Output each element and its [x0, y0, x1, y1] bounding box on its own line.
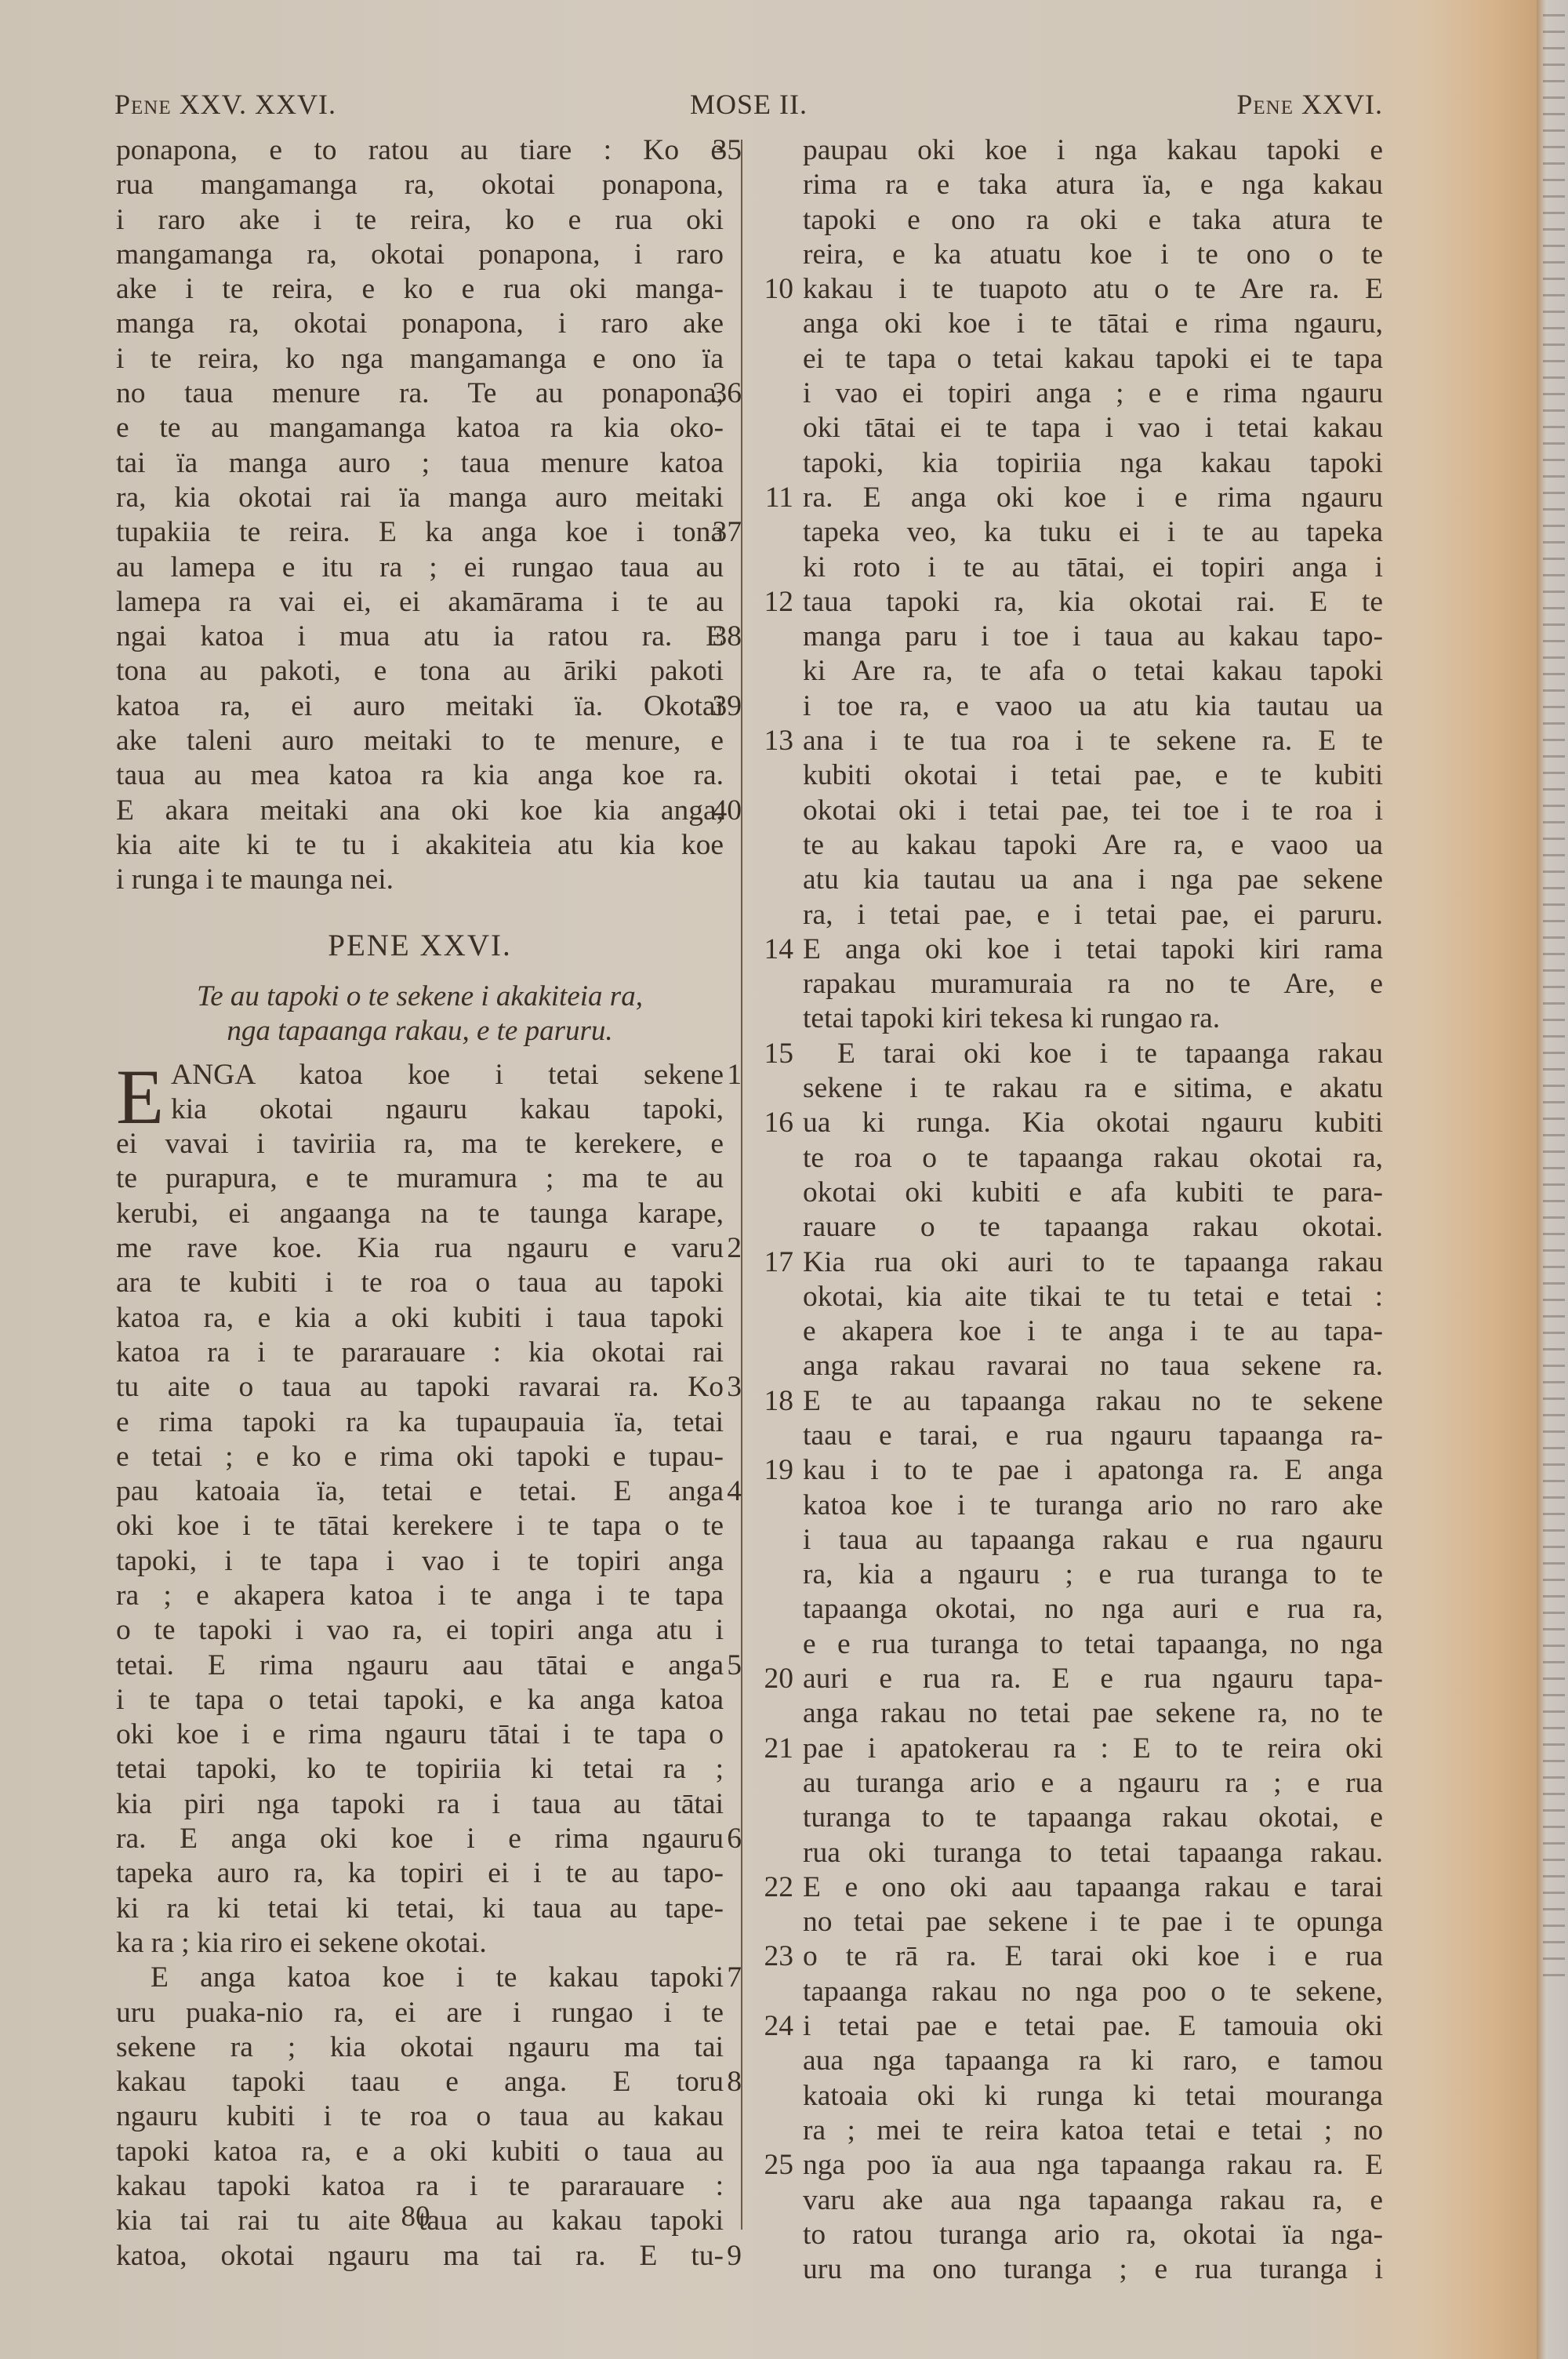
text-line: E e ono oki aau tapaanga rakau e tarai22: [753, 1870, 1380, 1905]
text-line: katoa, okotai ngauru ma tai ra. E tu-9: [116, 2239, 728, 2274]
text-line: no taua menure ra. Te au ponapona,36: [116, 376, 728, 411]
ghost-text-line: [1543, 1826, 1565, 1828]
ghost-text-line: [1543, 887, 1565, 889]
text-line: taau e tarai, e rua ngauru tapaanga ra-: [753, 1419, 1380, 1453]
line-text: ki ra ki tetai ki tetai, ki taua au tape…: [116, 1892, 724, 1926]
text-line: uru puaka-nio ra, ei are i rungao i te: [116, 1996, 728, 2030]
ghost-text-line: [1543, 936, 1565, 939]
text-line: katoa ra i te pararauare : kia okotai ra…: [116, 1336, 728, 1370]
line-text: tapeka auro ra, ka topiri ei i te au tap…: [116, 1856, 724, 1891]
text-line: ua ki runga. Kia okotai ngauru kubiti16: [753, 1106, 1380, 1140]
line-text: tapoki e ono ra oki e taka atura te: [803, 203, 1383, 238]
line-text: ei vavai i taviriia ra, ma te kerekere, …: [116, 1127, 724, 1161]
ghost-text-line: [1543, 14, 1565, 16]
text-line: ana i te tua roa i te sekene ra. E te13: [753, 724, 1380, 758]
line-text: atu kia tautau ua ana i nga pae sekene: [803, 863, 1383, 897]
line-text: taua au mea katoa ra kia anga koe ra.: [116, 758, 724, 793]
line-text: sekene ra ; kia okotai ngauru ma tai: [116, 2030, 724, 2065]
line-text: lamepa ra vai ei, ei akamārama i te au: [116, 585, 724, 620]
ghost-text-line: [1543, 1859, 1565, 1861]
text-line: tapeka veo, ka tuku ei i te au tapeka: [753, 515, 1380, 550]
line-text: i raro ake i te reira, ko e rua oki: [116, 203, 724, 238]
line-text: i te tapa o tetai tapoki, e ka anga kato…: [116, 1683, 724, 1717]
line-text: i tetai pae e tetai pae. E tamouia oki: [803, 2009, 1383, 2044]
text-line: ANGA katoa koe i tetai sekene1: [116, 1058, 728, 1092]
ghost-text-line: [1543, 1365, 1565, 1367]
line-text: kia aite ki te tu i akakiteia atu kia ko…: [116, 828, 724, 863]
ghost-text-line: [1543, 1496, 1565, 1499]
text-line: ra, kia okotai rai ïa manga auro meitaki: [116, 481, 728, 515]
line-text: E e ono oki aau tapaanga rakau e tarai: [803, 1870, 1383, 1905]
ghost-text-line: [1543, 1052, 1565, 1054]
verse-number: 14: [753, 932, 793, 967]
left-column: ponapona, e to ratou au tiare : Ko e35ru…: [116, 133, 728, 2274]
ghost-text-line: [1543, 1167, 1565, 1169]
ghost-text-line: [1543, 805, 1565, 807]
text-line: E te au tapaanga rakau no te sekene18: [753, 1384, 1380, 1419]
verse-number: 11: [753, 481, 793, 515]
line-text: katoa ra, e kia a oki kubiti i taua tapo…: [116, 1301, 724, 1336]
text-line: te roa o te tapaanga rakau okotai ra,: [753, 1141, 1380, 1176]
ghost-text-line: [1543, 1332, 1565, 1334]
text-line: ra. E anga oki koe i e rima ngauru6: [116, 1822, 728, 1856]
line-text: ake i te reira, e ko e rua oki manga-: [116, 272, 724, 307]
ghost-text-line: [1543, 1068, 1565, 1070]
ghost-text-line: [1543, 607, 1565, 609]
text-line: tetai tapoki, ko te topiriia ki tetai ra…: [116, 1752, 728, 1787]
ghost-text-line: [1543, 1200, 1565, 1202]
ghost-text-line: [1543, 706, 1565, 708]
line-text: ki roto i te au tātai, ei topiri anga i: [803, 551, 1383, 585]
line-text: tetai. E rima ngauru aau tātai e anga: [116, 1648, 724, 1683]
text-line: rapakau muramuraia ra no te Are, e: [753, 967, 1380, 1001]
ghost-text-line: [1543, 689, 1565, 692]
text-line: tapaanga rakau no nga poo o te sekene,: [753, 1975, 1380, 2009]
verse-number: 37: [695, 515, 742, 550]
text-line: tai ïa manga auro ; taua menure katoa: [116, 446, 728, 481]
ghost-text-line: [1543, 1480, 1565, 1482]
line-text: tetai tapoki kiri tekesa ki rungao ra.: [803, 1001, 1383, 1036]
verse-number: 25: [753, 2148, 793, 2183]
header-book-title: MOSE II.: [114, 88, 1383, 121]
line-text: kakau tapoki katoa ra i te pararauare :: [116, 2169, 724, 2204]
verse-number: 20: [753, 1662, 793, 1696]
ghost-text-line: [1543, 788, 1565, 791]
ghost-text-line: [1543, 1875, 1565, 1877]
line-text: paupau oki koe i nga kakau tapoki e: [803, 133, 1383, 168]
text-line: taua tapoki ra, kia okotai rai. E te12: [753, 585, 1380, 620]
right-column: paupau oki koe i nga kakau tapoki erima …: [753, 133, 1380, 2287]
line-text: te au kakau tapoki Are ra, e vaoo ua: [803, 828, 1383, 863]
line-text: mangamanga ra, okotai ponapona, i raro: [116, 238, 724, 272]
line-text: ua ki runga. Kia okotai ngauru kubiti: [803, 1106, 1383, 1140]
ghost-text-line: [1543, 871, 1565, 873]
line-text: ra, kia okotai rai ïa manga auro meitaki: [116, 481, 724, 515]
ghost-text-line: [1543, 1414, 1565, 1416]
text-line: turanga to te tapaanga rakau okotai, e: [753, 1801, 1380, 1835]
verse-number: 5: [695, 1648, 742, 1683]
line-text: no tetai pae sekene i te pae i te opunga: [803, 1905, 1383, 1939]
line-text: kia piri nga tapoki ra i taua au tātai: [116, 1787, 724, 1822]
line-text: tu aite o taua au tapoki ravarai ra. Ko: [116, 1370, 724, 1405]
ghost-text-line: [1543, 1249, 1565, 1252]
text-line: tapoki katoa ra, e a oki kubiti o taua a…: [116, 2135, 728, 2169]
text-line: rua oki turanga to tetai tapaanga rakau.: [753, 1836, 1380, 1870]
line-text: no taua menure ra. Te au ponapona,: [116, 376, 724, 411]
ghost-text-line: [1543, 920, 1565, 922]
ghost-text-line: [1543, 1134, 1565, 1136]
verse-number: 9: [695, 2239, 742, 2274]
ghost-text-line: [1543, 591, 1565, 593]
text-line: tapoki e ono ra oki e taka atura te: [753, 203, 1380, 238]
text-line: tapaanga okotai, no nga auri e rua ra,: [753, 1592, 1380, 1627]
line-text: ANGA katoa koe i tetai sekene: [116, 1058, 724, 1092]
ghost-text-line: [1543, 1661, 1565, 1663]
text-line: kerubi, ei angaanga na te taunga karape,: [116, 1197, 728, 1231]
ghost-text-line: [1543, 1183, 1565, 1186]
text-line: ponapona, e to ratou au tiare : Ko e35: [116, 133, 728, 168]
ghost-text-line: [1543, 1463, 1565, 1466]
ghost-text-line: [1543, 129, 1565, 132]
text-line: ra, i tetai pae, e i tetai pae, ei parur…: [753, 898, 1380, 932]
line-text: okotai oki kubiti e afa kubiti te para-: [803, 1176, 1383, 1210]
line-text: E te au tapaanga rakau no te sekene: [803, 1384, 1383, 1419]
line-text: kubiti okotai i tetai pae, e te kubiti: [803, 758, 1383, 793]
verse-number: 2: [695, 1231, 742, 1266]
dropcap-lines: ANGA katoa koe i tetai sekene1kia okotai…: [116, 1058, 728, 1128]
text-line: tona au pakoti, e tona au āriki pakoti: [116, 654, 728, 689]
text-line: paupau oki koe i nga kakau tapoki e: [753, 133, 1380, 168]
line-text: i runga i te maunga nei.: [116, 863, 724, 897]
verse-number: 6: [695, 1822, 742, 1856]
text-line: manga ra, okotai ponapona, i raro ake: [116, 307, 728, 341]
line-text: ra ; e akapera katoa i te anga i te tapa: [116, 1579, 724, 1613]
text-line: katoa ra, e kia a oki kubiti i taua tapo…: [116, 1301, 728, 1336]
ghost-text-line: [1543, 1216, 1565, 1219]
line-text: rapakau muramuraia ra no te Are, e: [803, 967, 1383, 1001]
line-text: rima ra e taka atura ïa, e nga kakau: [803, 168, 1383, 202]
line-text: taua tapoki ra, kia okotai rai. E te: [803, 585, 1383, 620]
header-chapter: Pene XXVI.: [1236, 88, 1383, 121]
text-line: mangamanga ra, okotai ponapona, i raro: [116, 238, 728, 272]
text-line: kubiti okotai i tetai pae, e te kubiti: [753, 758, 1380, 793]
line-text: te purapura, e te muramura ; ma te au: [116, 1161, 724, 1196]
next-page-edge: [1537, 0, 1568, 2359]
ghost-text-line: [1543, 508, 1565, 511]
ghost-text-line: [1543, 986, 1565, 988]
line-text: okotai oki i tetai pae, tei toe i te roa…: [803, 794, 1383, 828]
line-text: reira, e ka atuatu koe i te ono o te: [803, 238, 1383, 272]
line-text: e te au mangamanga katoa ra kia oko-: [116, 411, 724, 445]
verse-number: 10: [753, 272, 793, 307]
text-line: oki tātai ei te tapa i vao i tetai kakau: [753, 411, 1380, 445]
ghost-text-line: [1543, 1118, 1565, 1120]
text-line: oki koe i e rima ngauru tātai i te tapa …: [116, 1717, 728, 1752]
text-line: kia aite ki te tu i akakiteia atu kia ko…: [116, 828, 728, 863]
line-text: turanga to te tapaanga rakau okotai, e: [803, 1801, 1383, 1835]
verse-number: 7: [695, 1961, 742, 1995]
ghost-text-line: [1543, 459, 1565, 461]
ghost-text-line: [1543, 1546, 1565, 1548]
line-text: E anga oki koe i tetai tapoki kiri rama: [803, 932, 1383, 967]
text-line: i vao ei topiri anga ; e e rima ngauru: [753, 376, 1380, 411]
line-text: rua mangamanga ra, okotai ponapona,: [116, 168, 724, 202]
ghost-text-line: [1543, 1101, 1565, 1103]
text-line: rauare o te tapaanga rakau okotai.: [753, 1210, 1380, 1245]
ghost-text-line: [1543, 80, 1565, 82]
ghost-text-line: [1543, 1430, 1565, 1433]
verse-number: 24: [753, 2009, 793, 2044]
line-text: e e rua turanga to tetai tapaanga, no ng…: [803, 1627, 1383, 1662]
ghost-text-line: [1543, 969, 1565, 972]
text-line: tetai tapoki kiri tekesa ki rungao ra.: [753, 1001, 1380, 1036]
left-text-block: ponapona, e to ratou au tiare : Ko e35ru…: [116, 133, 728, 898]
text-line: ki roto i te au tātai, ei topiri anga i: [753, 551, 1380, 585]
line-text: te roa o te tapaanga rakau okotai ra,: [803, 1141, 1383, 1176]
line-text: i toe ra, e vaoo ua atu kia tautau ua: [803, 689, 1383, 724]
text-line: Kia rua oki auri to te tapaanga rakau17: [753, 1245, 1380, 1280]
ghost-text-line: [1543, 838, 1565, 840]
text-line: ki Are ra, te afa o tetai kakau tapoki: [753, 654, 1380, 689]
book-page: Pene XXV. XXVI. MOSE II. Pene XXVI. pona…: [0, 0, 1537, 2359]
text-line: o te tapoki i vao ra, ei topiri anga atu…: [116, 1613, 728, 1648]
line-text: au turanga ario e a ngauru ra ; e rua: [803, 1766, 1383, 1801]
ghost-text-line: [1543, 755, 1565, 758]
text-line: tetai. E rima ngauru aau tātai e anga5: [116, 1648, 728, 1683]
line-text: e tetai ; e ko e rima oki tapoki e tupau…: [116, 1440, 724, 1474]
line-text: kakau i te tuapoto atu o te Are ra. E: [803, 272, 1383, 307]
line-text: tapaanga rakau no nga poo o te sekene,: [803, 1975, 1383, 2009]
line-text: uru puaka-nio ra, ei are i rungao i te: [116, 1996, 724, 2030]
ghost-text-line: [1543, 179, 1565, 181]
ghost-text-line: [1543, 1743, 1565, 1746]
text-line: i toe ra, e vaoo ua atu kia tautau ua: [753, 689, 1380, 724]
line-text: rauare o te tapaanga rakau okotai.: [803, 1210, 1383, 1245]
ghost-text-line: [1543, 393, 1565, 395]
text-line: aua nga tapaanga ra ki raro, e tamou: [753, 2044, 1380, 2078]
ghost-text-line: [1543, 360, 1565, 362]
text-line: kakau tapoki taau e anga. E toru8: [116, 2065, 728, 2099]
line-text: katoaia oki ki runga ki tetai mouranga: [803, 2079, 1383, 2114]
ghost-text-line: [1543, 1776, 1565, 1779]
line-text: ra, kia a ngauru ; e rua turanga to te: [803, 1558, 1383, 1592]
line-text: kau i to te pae i apatonga ra. E anga: [803, 1453, 1383, 1488]
text-line: reira, e ka atuatu koe i te ono o te: [753, 238, 1380, 272]
ghost-text-line: [1543, 1529, 1565, 1532]
text-line: ei te tapa o tetai kakau tapoki ei te ta…: [753, 342, 1380, 376]
line-text: ngai katoa i mua atu ia ratou ra. E: [116, 620, 724, 654]
line-text: anga oki koe i te tātai e rima ngauru,: [803, 307, 1383, 341]
left-text-block: ei vavai i taviriia ra, ma te kerekere, …: [116, 1127, 728, 2274]
text-line: e tetai ; e ko e rima oki tapoki e tupau…: [116, 1440, 728, 1474]
text-line: ake i te reira, e ko e rua oki manga-: [116, 272, 728, 307]
text-line: e rima tapoki ra ka tupaupauia ïa, tetai: [116, 1405, 728, 1440]
ghost-text-line: [1543, 327, 1565, 329]
chapter-summary-line: Te au tapoki o te sekene i akakiteia ra,: [116, 980, 724, 1014]
chapter-summary-line: nga tapaanga rakau, e te paruru.: [116, 1014, 724, 1049]
verse-number: 16: [753, 1106, 793, 1140]
ghost-text-line: [1543, 656, 1565, 659]
text-line: anga rakau ravarai no taua sekene ra.: [753, 1349, 1380, 1383]
text-line: ake taleni auro meitaki to te menure, e: [116, 724, 728, 758]
text-line: ra. E anga oki koe i e rima ngauru11: [753, 481, 1380, 515]
text-line: ngauru kubiti i te roa o taua au kakau: [116, 2099, 728, 2134]
text-line: katoa koe i te turanga ario no raro ake: [753, 1488, 1380, 1523]
ghost-text-line: [1543, 1447, 1565, 1449]
ghost-text-line: [1543, 376, 1565, 379]
text-line: katoa ra, ei auro meitaki ïa. Okotai39: [116, 689, 728, 724]
ghost-text-line: [1543, 1710, 1565, 1713]
text-line: kia piri nga tapoki ra i taua au tātai: [116, 1787, 728, 1822]
ghost-text-line: [1543, 1612, 1565, 1614]
ghost-text-line: [1543, 1233, 1565, 1235]
ghost-text-line: [1543, 558, 1565, 560]
line-text: ngauru kubiti i te roa o taua au kakau: [116, 2099, 724, 2134]
line-text: manga paru i toe i taua au kakau tapo-: [803, 620, 1383, 654]
ghost-text-line: [1543, 47, 1565, 49]
text-line: ara te kubiti i te roa o taua au tapoki: [116, 1266, 728, 1300]
ghost-text-line: [1543, 854, 1565, 856]
line-text: pae i apatokerau ra : E to te reira oki: [803, 1732, 1383, 1766]
line-text: tapeka veo, ka tuku ei i te au tapeka: [803, 515, 1383, 550]
text-line: E anga oki koe i tetai tapoki kiri rama1…: [753, 932, 1380, 967]
ghost-text-line: [1543, 722, 1565, 725]
verse-number: 36: [695, 376, 742, 411]
verse-number: 15: [753, 1037, 793, 1071]
line-text: e rima tapoki ra ka tupaupauia ïa, tetai: [116, 1405, 724, 1440]
line-text: anga rakau no tetai pae sekene ra, no te: [803, 1696, 1383, 1731]
ghost-text-line: [1543, 1315, 1565, 1318]
text-line: sekene i te rakau ra e sitima, e akatu: [753, 1071, 1380, 1106]
text-line: nga poo ïa aua nga tapaanga rakau ra. E2…: [753, 2148, 1380, 2183]
text-line: anga oki koe i te tātai e rima ngauru,: [753, 307, 1380, 341]
ghost-text-line: [1543, 1957, 1565, 1960]
text-line: katoaia oki ki runga ki tetai mouranga: [753, 2079, 1380, 2114]
line-text: E tarai oki koe i te tapaanga rakau: [803, 1037, 1383, 1071]
chapter-summary: Te au tapoki o te sekene i akakiteia ra,…: [116, 980, 724, 1049]
ghost-text-line: [1543, 261, 1565, 264]
line-text: me rave koe. Kia rua ngauru e varu: [116, 1231, 724, 1266]
line-text: ka ra ; kia riro ei sekene okotai.: [116, 1926, 724, 1961]
line-text: oki koe i e rima ngauru tātai i te tapa …: [116, 1717, 724, 1752]
line-text: to ratou turanga ario ra, okotai ïa nga-: [803, 2218, 1383, 2252]
ghost-text-line: [1543, 1842, 1565, 1845]
line-text: ana i te tua roa i te sekene ra. E te: [803, 724, 1383, 758]
verse-number: 21: [753, 1732, 793, 1766]
ghost-text-line: [1543, 1282, 1565, 1285]
line-text: okotai, kia aite tikai te tu tetai e tet…: [803, 1280, 1383, 1314]
ghost-text-line: [1543, 1727, 1565, 1729]
ghost-text-line: [1543, 1892, 1565, 1894]
line-text: tetai tapoki, ko te topiriia ki tetai ra…: [116, 1752, 724, 1787]
text-line: ra, kia a ngauru ; e rua turanga to te: [753, 1558, 1380, 1592]
ghost-text-line: [1543, 212, 1565, 214]
text-line: i taua au tapaanga rakau e rua ngauru: [753, 1523, 1380, 1558]
text-line: au lamepa e itu ra ; ei rungao taua au: [116, 551, 728, 585]
line-text: aua nga tapaanga ra ki raro, e tamou: [803, 2044, 1383, 2078]
line-text: tupakiia te reira. E ka anga koe i tona: [116, 515, 724, 550]
ghost-text-line: [1543, 1760, 1565, 1762]
verse-number: 4: [695, 1474, 742, 1509]
line-text: e akapera koe i te anga i te au tapa-: [803, 1314, 1383, 1349]
text-line: tu aite o taua au tapoki ravarai ra. Ko3: [116, 1370, 728, 1405]
text-line: me rave koe. Kia rua ngauru e varu2: [116, 1231, 728, 1266]
line-text: manga ra, okotai ponapona, i raro ake: [116, 307, 724, 341]
text-line: ki ra ki tetai ki tetai, ki taua au tape…: [116, 1892, 728, 1926]
text-line: no tetai pae sekene i te pae i te opunga: [753, 1905, 1380, 1939]
text-line: lamepa ra vai ei, ei akamārama i te au: [116, 585, 728, 620]
text-line: E akara meitaki ana oki koe kia anga,40: [116, 794, 728, 828]
ghost-text-line: [1543, 1579, 1565, 1581]
text-line: kakau tapoki katoa ra i te pararauare :: [116, 2169, 728, 2204]
line-text: rua oki turanga to tetai tapaanga rakau.: [803, 1836, 1383, 1870]
ghost-text-line: [1543, 772, 1565, 774]
ghost-text-line: [1543, 1348, 1565, 1350]
ghost-text-line: [1543, 195, 1565, 198]
text-line: tupakiia te reira. E ka anga koe i tona3…: [116, 515, 728, 550]
line-text: pau katoaia ïa, tetai e tetai. E anga: [116, 1474, 724, 1509]
line-text: ra. E anga oki koe i e rima ngauru: [116, 1822, 724, 1856]
ghost-text-line: [1543, 821, 1565, 823]
ghost-text-line: [1543, 1677, 1565, 1680]
ghost-text-line: [1543, 1645, 1565, 1647]
right-text-block: paupau oki koe i nga kakau tapoki erima …: [753, 133, 1380, 2287]
verse-number: 35: [695, 133, 742, 168]
text-line: manga paru i toe i taua au kakau tapo-: [753, 620, 1380, 654]
text-line: sekene ra ; kia okotai ngauru ma tai: [116, 2030, 728, 2065]
ghost-text-line: [1543, 1595, 1565, 1598]
ghost-text-line: [1543, 426, 1565, 428]
line-text: nga poo ïa aua nga tapaanga rakau ra. E: [803, 2148, 1383, 2183]
verse-number: 1: [695, 1058, 742, 1092]
ghost-text-line: [1543, 953, 1565, 955]
ghost-text-line: [1543, 31, 1565, 33]
line-text: taau e tarai, e rua ngauru tapaanga ra-: [803, 1419, 1383, 1453]
ghost-text-line: [1543, 1694, 1565, 1696]
ghost-text-line: [1543, 492, 1565, 494]
text-line: auri e rua ra. E e rua ngauru tapa-20: [753, 1662, 1380, 1696]
ghost-text-line: [1543, 1941, 1565, 1943]
ghost-text-line: [1543, 1628, 1565, 1630]
line-text: oki koe i te tātai kerekere i te tapa o …: [116, 1509, 724, 1543]
line-text: uru ma ono turanga ; e rua turanga i: [803, 2252, 1383, 2287]
text-line: to ratou turanga ario ra, okotai ïa nga-: [753, 2218, 1380, 2252]
ghost-text-line: [1543, 1562, 1565, 1565]
line-text: ei te tapa o tetai kakau tapoki ei te ta…: [803, 342, 1383, 376]
text-line: rima ra e taka atura ïa, e nga kakau: [753, 168, 1380, 202]
text-line: oki koe i te tātai kerekere i te tapa o …: [116, 1509, 728, 1543]
ghost-text-line: [1543, 1035, 1565, 1038]
line-text: kia okotai ngauru kakau tapoki,: [116, 1092, 724, 1127]
line-text: katoa ra i te pararauare : kia okotai ra…: [116, 1336, 724, 1370]
verse-number: 38: [695, 620, 742, 654]
text-line: okotai oki i tetai pae, tei toe i te roa…: [753, 794, 1380, 828]
text-line: okotai, kia aite tikai te tu tetai e tet…: [753, 1280, 1380, 1314]
chapter-heading: PENE XXVI.: [116, 912, 724, 980]
line-text: o te tapoki i vao ra, ei topiri anga atu…: [116, 1613, 724, 1648]
text-line: i runga i te maunga nei.: [116, 863, 728, 897]
ghost-text-line: [1543, 623, 1565, 626]
line-text: E akara meitaki ana oki koe kia anga,: [116, 794, 724, 828]
text-line: tapoki, kia topiriia nga kakau tapoki: [753, 446, 1380, 481]
text-line: i tetai pae e tetai pae. E tamouia oki24: [753, 2009, 1380, 2044]
ghost-text-line: [1543, 640, 1565, 642]
ghost-text-line: [1543, 541, 1565, 543]
verse-number: 12: [753, 585, 793, 620]
ghost-text-line: [1543, 245, 1565, 247]
text-line: te purapura, e te muramura ; ma te au: [116, 1161, 728, 1196]
ghost-text-line: [1543, 1085, 1565, 1087]
